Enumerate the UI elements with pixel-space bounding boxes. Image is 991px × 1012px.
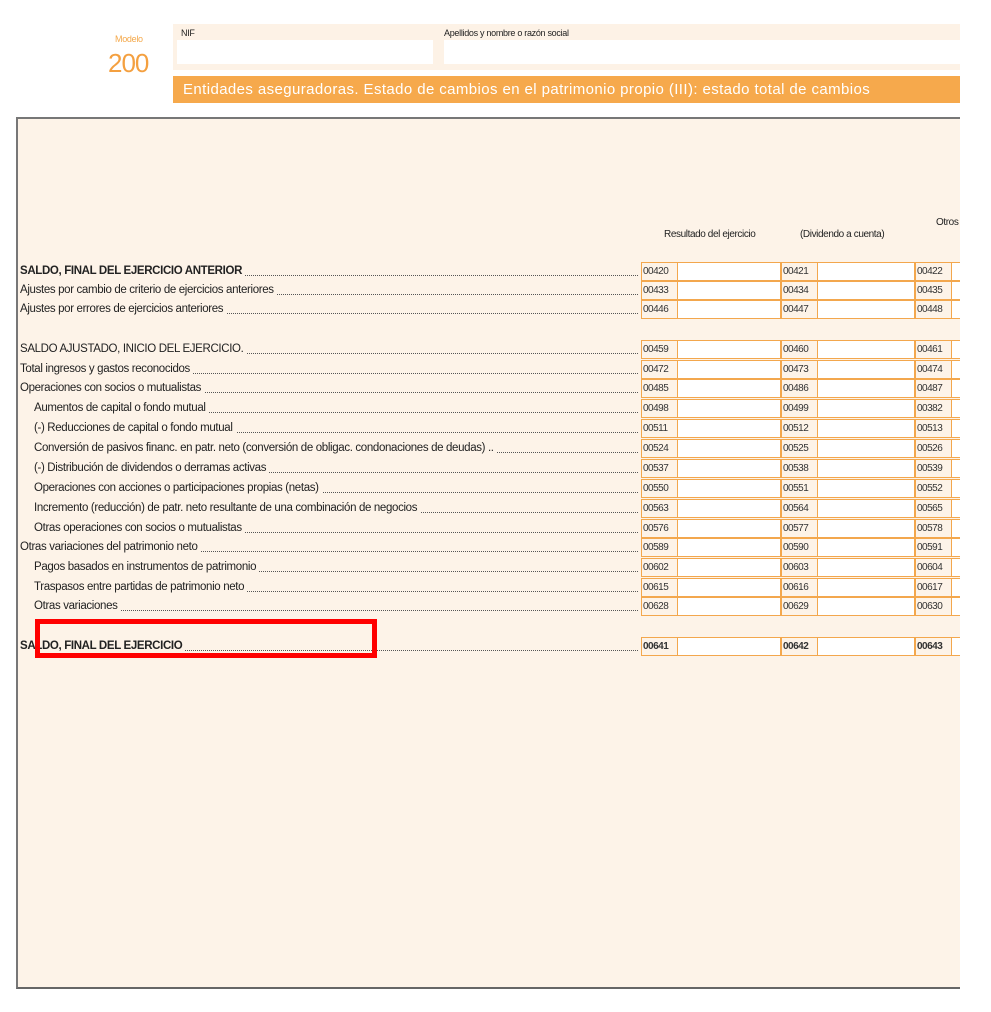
column-header-otros: Otros: [936, 217, 958, 228]
amount-field[interactable]: 00448: [915, 300, 960, 319]
box-code: 00448: [916, 301, 952, 318]
row-label-text: Conversión de pasivos financ. en patr. n…: [34, 442, 497, 454]
amount-field[interactable]: 00461: [915, 340, 960, 359]
table-row: Total ingresos y gastos reconocidos00472…: [18, 360, 960, 380]
box-code: 00550: [642, 480, 678, 497]
box-code: 00487: [916, 380, 952, 397]
row-label: Otras operaciones con socios o mutualist…: [34, 522, 638, 536]
amount-field[interactable]: 00589: [641, 538, 781, 557]
row-label-text: Aumentos de capital o fondo mutual: [34, 402, 209, 414]
row-label: Incremento (reducción) de patr. neto res…: [34, 502, 638, 516]
amount-field[interactable]: 00434: [781, 281, 915, 300]
amount-field[interactable]: 00603: [781, 558, 915, 577]
row-label-text: SALDO AJUSTADO, INICIO DEL EJERCICIO.: [20, 343, 247, 355]
row-label-text: Otras variaciones del patrimonio neto: [20, 541, 201, 553]
name-label: Apellidos y nombre o razón social: [444, 28, 569, 38]
box-code: 00641: [642, 638, 678, 655]
box-code: 00513: [916, 420, 952, 437]
box-code: 00564: [782, 500, 818, 517]
table-row: Ajustes por errores de ejercicios anteri…: [18, 300, 960, 320]
amount-field[interactable]: 00630: [915, 597, 960, 616]
table-row: Conversión de pasivos financ. en patr. n…: [18, 439, 960, 459]
box-code: 00473: [782, 361, 818, 378]
amount-field[interactable]: 00447: [781, 300, 915, 319]
amount-field[interactable]: 00642: [781, 637, 915, 656]
amount-field[interactable]: 00617: [915, 578, 960, 597]
box-code: 00382: [916, 400, 952, 417]
box-code: 00615: [642, 579, 678, 596]
amount-field[interactable]: 00472: [641, 360, 781, 379]
row-label: (-) Distribución de dividendos o derrama…: [34, 462, 638, 476]
table-row: Operaciones con socios o mutualistas0048…: [18, 379, 960, 399]
box-code: 00630: [916, 598, 952, 615]
box-code: 00577: [782, 520, 818, 537]
amount-field[interactable]: 00382: [915, 399, 960, 418]
amount-field[interactable]: 00629: [781, 597, 915, 616]
amount-field[interactable]: 00628: [641, 597, 781, 616]
amount-field[interactable]: 00563: [641, 499, 781, 518]
amount-field[interactable]: 00474: [915, 360, 960, 379]
amount-field[interactable]: 00539: [915, 459, 960, 478]
amount-field[interactable]: 00435: [915, 281, 960, 300]
table-row: Otras variaciones del patrimonio neto005…: [18, 538, 960, 558]
box-code: 00524: [642, 440, 678, 457]
row-label-text: Ajustes por cambio de criterio de ejerci…: [20, 284, 277, 296]
box-code: 00538: [782, 460, 818, 477]
box-code: 00578: [916, 520, 952, 537]
nif-label: NIF: [181, 28, 195, 38]
row-label-text: (-) Distribución de dividendos o derrama…: [34, 462, 269, 474]
box-code: 00551: [782, 480, 818, 497]
box-code: 00537: [642, 460, 678, 477]
box-code: 00446: [642, 301, 678, 318]
amount-field[interactable]: 00590: [781, 538, 915, 557]
amount-field[interactable]: 00602: [641, 558, 781, 577]
row-label-text: Pagos basados en instrumentos de patrimo…: [34, 561, 259, 573]
box-code: 00512: [782, 420, 818, 437]
amount-field[interactable]: 00565: [915, 499, 960, 518]
amount-field[interactable]: 00459: [641, 340, 781, 359]
box-code: 00590: [782, 539, 818, 556]
box-code: 00459: [642, 341, 678, 358]
amount-field[interactable]: 00421: [781, 262, 915, 281]
box-code: 00643: [916, 638, 952, 655]
box-code: 00616: [782, 579, 818, 596]
box-code: 00525: [782, 440, 818, 457]
amount-field[interactable]: 00433: [641, 281, 781, 300]
amount-field[interactable]: 00511: [641, 419, 781, 438]
amount-field[interactable]: 00420: [641, 262, 781, 281]
amount-field[interactable]: 00578: [915, 519, 960, 538]
amount-field[interactable]: 00564: [781, 499, 915, 518]
box-code: 00434: [782, 282, 818, 299]
table-row: Otras operaciones con socios o mutualist…: [18, 519, 960, 539]
amount-field[interactable]: 00576: [641, 519, 781, 538]
box-code: 00552: [916, 480, 952, 497]
table-row: Incremento (reducción) de patr. neto res…: [18, 499, 960, 519]
row-label: SALDO AJUSTADO, INICIO DEL EJERCICIO.: [20, 343, 638, 357]
box-code: 00435: [916, 282, 952, 299]
box-code: 00472: [642, 361, 678, 378]
row-label-text: Total ingresos y gastos reconocidos: [20, 363, 193, 375]
row-label: Operaciones con socios o mutualistas: [20, 382, 638, 396]
row-label: Ajustes por errores de ejercicios anteri…: [20, 303, 638, 317]
amount-field[interactable]: 00525: [781, 439, 915, 458]
amount-field[interactable]: 00473: [781, 360, 915, 379]
row-label: Aumentos de capital o fondo mutual: [34, 402, 638, 416]
taxpayer-header: NIF Apellidos y nombre o razón social: [173, 24, 960, 70]
box-code: 00563: [642, 500, 678, 517]
row-label-text: Ajustes por errores de ejercicios anteri…: [20, 303, 226, 315]
amount-field[interactable]: 00512: [781, 419, 915, 438]
table-row: Operaciones con acciones o participacion…: [18, 479, 960, 499]
box-code: 00511: [642, 420, 678, 437]
row-label-text: Otras variaciones: [34, 600, 121, 612]
row-label: (-) Reducciones de capital o fondo mutua…: [34, 422, 638, 436]
box-code: 00461: [916, 341, 952, 358]
amount-field[interactable]: 00641: [641, 637, 781, 656]
row-label-text: Traspasos entre partidas de patrimonio n…: [34, 581, 247, 593]
box-code: 00526: [916, 440, 952, 457]
amount-field[interactable]: 00615: [641, 578, 781, 597]
amount-field[interactable]: 00513: [915, 419, 960, 438]
row-label-text: Operaciones con socios o mutualistas: [20, 382, 204, 394]
box-code: 00420: [642, 263, 678, 280]
amount-field[interactable]: 00524: [641, 439, 781, 458]
box-code: 00447: [782, 301, 818, 318]
column-header-resultado: Resultado del ejercicio: [664, 229, 755, 240]
amount-field[interactable]: 00487: [915, 379, 960, 398]
amount-field[interactable]: 00643: [915, 637, 960, 656]
box-code: 00604: [916, 559, 952, 576]
box-code: 00576: [642, 520, 678, 537]
row-label: Pagos basados en instrumentos de patrimo…: [34, 561, 638, 575]
box-code: 00617: [916, 579, 952, 596]
row-label: Otras variaciones: [34, 600, 638, 614]
row-label: Conversión de pasivos financ. en patr. n…: [34, 442, 638, 456]
amount-field[interactable]: 00498: [641, 399, 781, 418]
box-code: 00603: [782, 559, 818, 576]
table-row: Pagos basados en instrumentos de patrimo…: [18, 558, 960, 578]
row-label: Traspasos entre partidas de patrimonio n…: [34, 581, 638, 595]
row-label: SALDO, FINAL DEL EJERCICIO ANTERIOR: [20, 265, 638, 279]
box-code: 00642: [782, 638, 818, 655]
name-field[interactable]: [444, 40, 960, 64]
amount-field[interactable]: 00591: [915, 538, 960, 557]
row-label-text: Operaciones con acciones o participacion…: [34, 482, 322, 494]
table-row: (-) Distribución de dividendos o derrama…: [18, 459, 960, 479]
amount-field[interactable]: 00577: [781, 519, 915, 538]
amount-field[interactable]: 00538: [781, 459, 915, 478]
column-header-dividendo: (Dividendo a cuenta): [800, 229, 884, 240]
box-code: 00499: [782, 400, 818, 417]
table-row: Otras variaciones006280062900630: [18, 597, 960, 617]
amount-field[interactable]: 00616: [781, 578, 915, 597]
modelo-label: Modelo: [115, 34, 143, 44]
box-code: 00591: [916, 539, 952, 556]
table-row: (-) Reducciones de capital o fondo mutua…: [18, 419, 960, 439]
amount-field[interactable]: 00499: [781, 399, 915, 418]
box-code: 00486: [782, 380, 818, 397]
box-code: 00589: [642, 539, 678, 556]
row-label-text: SALDO, FINAL DEL EJERCICIO ANTERIOR: [20, 265, 245, 277]
modelo-number: 200: [108, 48, 148, 79]
box-code: 00460: [782, 341, 818, 358]
table-row: Ajustes por cambio de criterio de ejerci…: [18, 281, 960, 301]
box-code: 00565: [916, 500, 952, 517]
table-row: SALDO, FINAL DEL EJERCICIO ANTERIOR00420…: [18, 262, 960, 282]
form-title: Entidades aseguradoras. Estado de cambio…: [173, 76, 960, 103]
box-code: 00539: [916, 460, 952, 477]
box-code: 00474: [916, 361, 952, 378]
leader-dots: [34, 610, 638, 611]
amount-field[interactable]: 00552: [915, 479, 960, 498]
row-label: Operaciones con acciones o participacion…: [34, 482, 638, 496]
row-label: Ajustes por cambio de criterio de ejerci…: [20, 284, 638, 298]
amount-field[interactable]: 00550: [641, 479, 781, 498]
amount-field[interactable]: 00551: [781, 479, 915, 498]
box-code: 00602: [642, 559, 678, 576]
amount-field[interactable]: 00486: [781, 379, 915, 398]
table-row: Traspasos entre partidas de patrimonio n…: [18, 578, 960, 598]
amount-field[interactable]: 00537: [641, 459, 781, 478]
row-label-text: Incremento (reducción) de patr. neto res…: [34, 502, 420, 514]
box-code: 00433: [642, 282, 678, 299]
nif-field[interactable]: [177, 40, 433, 64]
row-label-text: (-) Reducciones de capital o fondo mutua…: [34, 422, 236, 434]
amount-field[interactable]: 00604: [915, 558, 960, 577]
table-row: Aumentos de capital o fondo mutual004980…: [18, 399, 960, 419]
box-code: 00498: [642, 400, 678, 417]
table-row: SALDO AJUSTADO, INICIO DEL EJERCICIO.004…: [18, 340, 960, 360]
amount-field[interactable]: 00460: [781, 340, 915, 359]
box-code: 00421: [782, 263, 818, 280]
box-code: 00629: [782, 598, 818, 615]
row-label: Total ingresos y gastos reconocidos: [20, 363, 638, 377]
form-panel: Resultado del ejercicio (Dividendo a cue…: [16, 117, 960, 989]
box-code: 00422: [916, 263, 952, 280]
row-label-text: Otras operaciones con socios o mutualist…: [34, 522, 245, 534]
amount-field[interactable]: 00422: [915, 262, 960, 281]
amount-field[interactable]: 00446: [641, 300, 781, 319]
row-label: Otras variaciones del patrimonio neto: [20, 541, 638, 555]
amount-field[interactable]: 00526: [915, 439, 960, 458]
amount-field[interactable]: 00485: [641, 379, 781, 398]
box-code: 00485: [642, 380, 678, 397]
highlight-box: [35, 619, 377, 658]
box-code: 00628: [642, 598, 678, 615]
